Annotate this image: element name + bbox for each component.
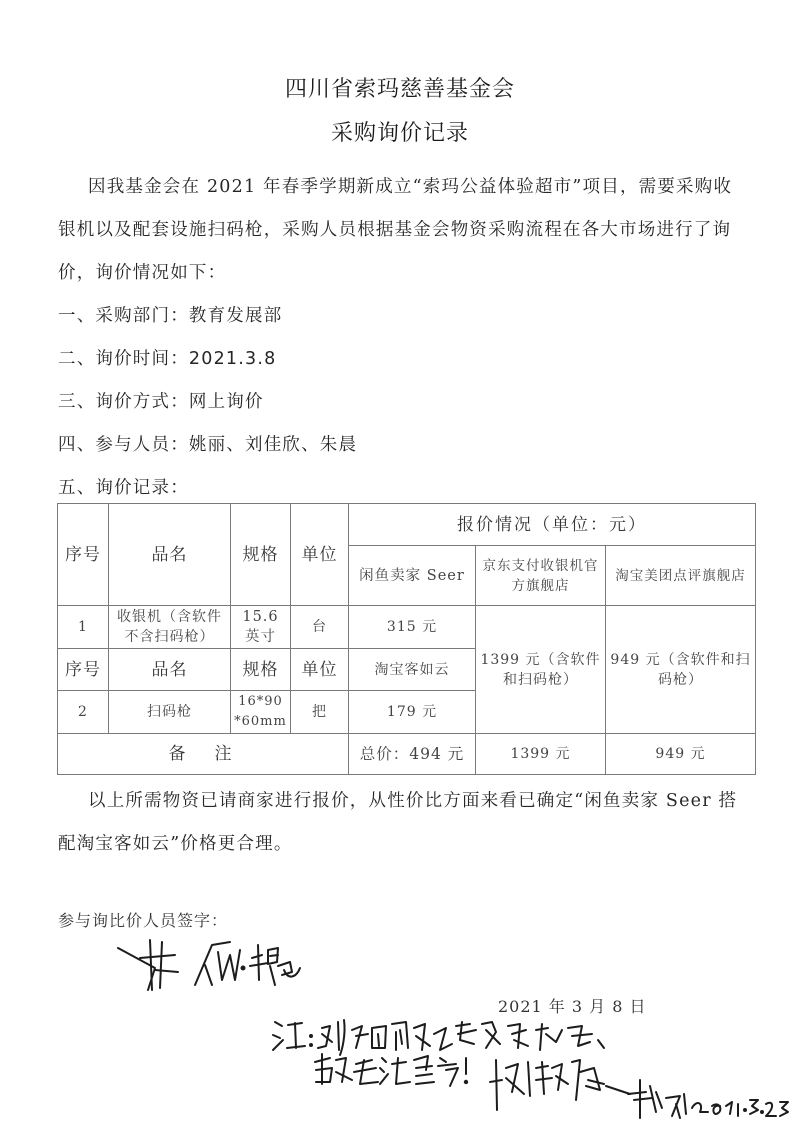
handwritten-note-line2-icon bbox=[315, 1054, 467, 1086]
signature-yao-li-icon bbox=[118, 940, 240, 990]
handwriting-layer bbox=[0, 0, 800, 1135]
handwritten-note-icon bbox=[273, 1020, 604, 1055]
signature-dot bbox=[242, 967, 245, 970]
signature-zhu-chen-icon bbox=[250, 945, 300, 985]
late-signatures-icon bbox=[490, 1060, 788, 1118]
